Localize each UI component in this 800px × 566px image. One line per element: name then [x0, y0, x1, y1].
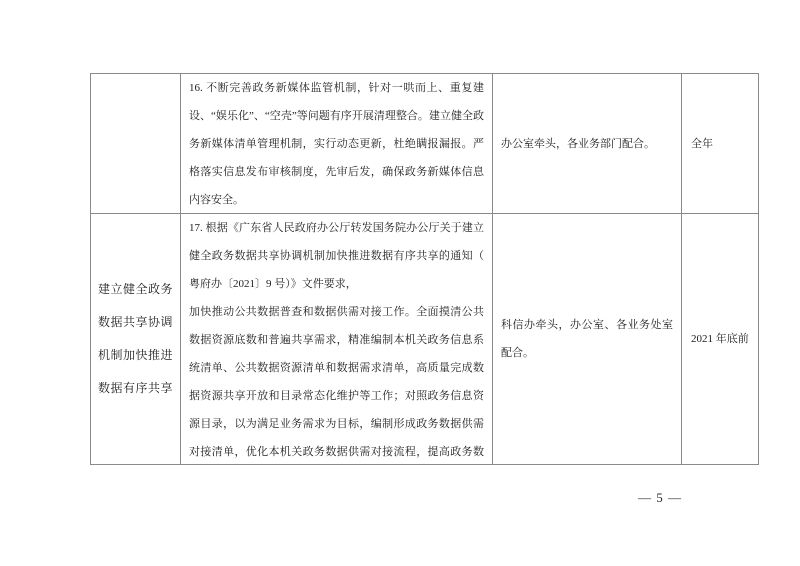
table-row-item-16: 16. 不断完善政务新媒体监管机制，针对一哄而上、重复建设、“娱乐化”、“空壳”…: [91, 74, 759, 214]
deadline-text: 2021 年底前: [682, 325, 758, 353]
task-text-block: 17. 根据《广东省人民政府办公厅转发国务院办公厅关于建立健全政务数据共享协调机…: [181, 214, 492, 464]
category-text: 建立健全政务数据共享协调机制加快推进数据有序共享: [98, 273, 173, 405]
task-text-block: 16. 不断完善政务新媒体监管机制，针对一哄而上、重复建设、“娱乐化”、“空壳”…: [181, 74, 492, 213]
task-cell-row-16: 16. 不断完善政务新媒体监管机制，针对一哄而上、重复建设、“娱乐化”、“空壳”…: [181, 74, 493, 214]
deadline-text: 全年: [682, 130, 758, 158]
page-number: — 5 —: [638, 489, 682, 507]
task-paragraph: 16. 不断完善政务新媒体监管机制，针对一哄而上、重复建设、“娱乐化”、“空壳”…: [189, 74, 484, 213]
responsibility-cell-row-17: 科信办牵头，办公室、各业务处室配合。: [493, 214, 682, 465]
deadline-cell-row-17: 2021 年底前: [682, 214, 759, 465]
task-cell-row-17: 17. 根据《广东省人民政府办公厅转发国务院办公厅关于建立健全政务数据共享协调机…: [181, 214, 493, 465]
task-table: 16. 不断完善政务新媒体监管机制，针对一哄而上、重复建设、“娱乐化”、“空壳”…: [90, 73, 759, 465]
responsibility-cell-row-16: 办公室牵头，各业务部门配合。: [493, 74, 682, 214]
table-row-item-17: 建立健全政务数据共享协调机制加快推进数据有序共享 17. 根据《广东省人民政府办…: [91, 214, 759, 465]
task-paragraph: 加快推动公共数据普查和数据供需对接工作。全面摸清公共数据资源底数和普遍共享需求，…: [189, 298, 484, 464]
responsibility-text: 办公室牵头，各业务部门配合。: [493, 130, 681, 158]
category-cell-row-17: 建立健全政务数据共享协调机制加快推进数据有序共享: [91, 214, 181, 465]
responsibility-text: 科信办牵头，办公室、各业务处室配合。: [493, 311, 681, 367]
deadline-cell-row-16: 全年: [682, 74, 759, 214]
task-paragraph: 17. 根据《广东省人民政府办公厅转发国务院办公厅关于建立健全政务数据共享协调机…: [189, 214, 484, 298]
category-cell-row-16: [91, 74, 181, 214]
